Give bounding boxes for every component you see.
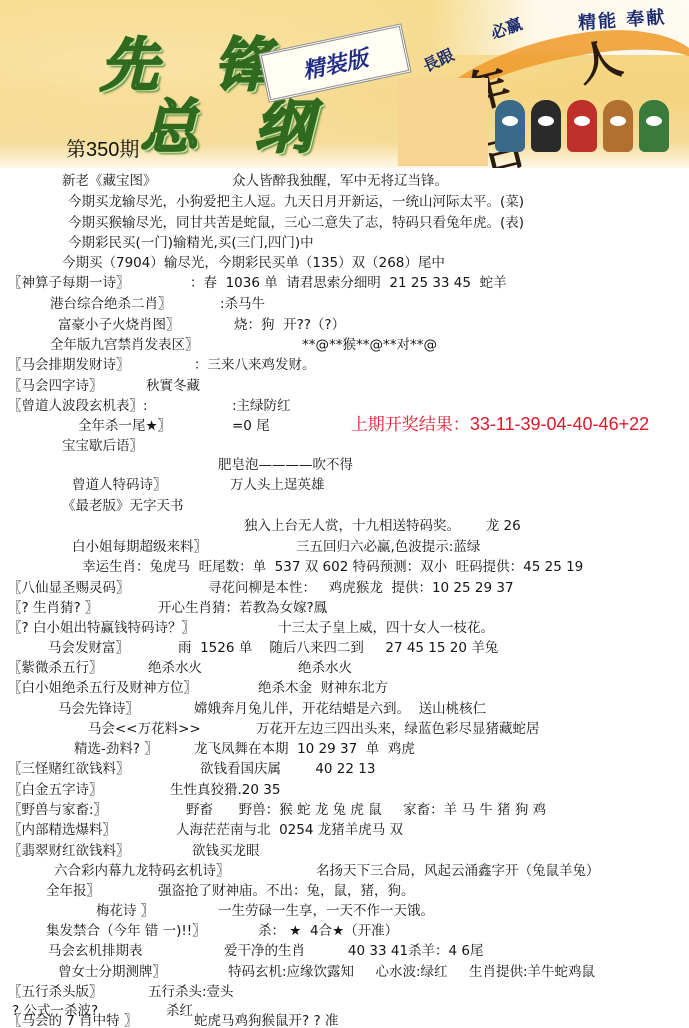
line-title: 〖八仙显圣赐灵码〗 [8,579,130,597]
line-title: 〖白小姐绝杀五行及财神方位〗 [8,679,197,697]
line-content: 杀： ★ 4合★（开准） [258,922,398,940]
line-title: 曾女士分期测牌〗 [58,963,166,981]
line-title: 全年报〗 [46,882,100,900]
line-content: 蛇虎马鸡狗猴鼠开? ? 准 [194,1012,338,1028]
line-title: 今期彩民买(一门)输精光,买(三门,四门)中 [68,234,314,252]
line-title: 〖? 生肖猜? 〗 [8,599,98,617]
line-content: 绝杀木金 财神东北方 [258,679,388,697]
line-title: 新老《藏宝图》 [62,172,157,190]
line-content: 特码玄机:应缘饮露知 心水波:绿红 生肖提供:羊牛蛇鸡鼠 [228,963,595,981]
issue-number: 第350期 [66,133,139,162]
line-content: 雨 1526 单 随后八来四二到 27 45 15 20 羊兔 [178,639,498,657]
mascot-icon [639,100,669,152]
mascot-icon [603,100,633,152]
line-title: 全年杀一尾★〗 [78,417,171,435]
line-content: 众人皆醉我独醒，军中无将辽当锋。 [232,172,448,190]
line-title: 《最老版》无字天书 [62,497,184,515]
line-title: 集发禁合（今年 错 一)!!〗 [46,922,206,940]
line-content: 龙飞凤舞在本期 10 29 37 单 鸡虎 [194,740,415,758]
line-content: 爱干净的生肖 40 33 41杀羊：4 6尾 [224,942,484,960]
line-title: 〖曾道人波段玄机表〗: [8,397,148,415]
line-content: 生性真狡猾.20 35 [170,781,280,799]
line-content: 一生劳碌一生享，一天不作一天饿。 [218,902,434,920]
line-content: 肥皂泡————吹不得 [218,456,353,474]
line-content: 十三太子皇上威，四十女人一枝花。 [278,619,494,637]
line-title: 〖翡翠财红欲钱料〗 [8,842,130,860]
line-title: 〖? 白小姐出特赢钱特码诗？〗 [8,619,195,637]
line-content: 名扬天下三合局，风起云涌鑫字开（兔鼠羊兔） [316,862,600,880]
mascot-icon [567,100,597,152]
line-title: 宝宝歇后语〗 [62,437,143,455]
line-content: 三五回归六必赢,色波提示:蓝绿 [296,538,480,556]
mascot-icon [531,100,561,152]
line-title: 〖神算子每期一诗〗 [8,274,130,292]
line-content: 开心生肖猜：若教為女嫁?鳳 [158,599,327,617]
line-content: 野畜 野兽：猴 蛇 龙 兔 虎 鼠 家畜：羊 马 牛 猪 狗 鸡 [186,801,546,819]
line-title: 〖马会排期发财诗〗 [8,356,130,374]
line-title: 马会发财富〗 [48,639,129,657]
line-title: 今期买猴输尽光，同甘共苦是蛇鼠，三心二意失了志，特码只看兔年虎。(表) [68,214,524,232]
line-content: 独入上台无人赏，十九相送特码奖。 龙 26 [244,517,521,535]
line-title: 〖白金五字诗〗 [8,781,103,799]
mascot-icon [495,100,525,152]
blank-patch [398,78,488,166]
line-content: 万花开左边三四出头来，绿蓝色彩尽显猪藏蛇居 [256,720,540,738]
line-title: 〖三怪赌红欲钱料〗 [8,760,130,778]
line-content: 强盗抢了财神庙。不出：兔，鼠，猪，狗。 [158,882,415,900]
line-title: 梅花诗 〗 [96,902,154,920]
line-content: 烧：狗 开??（?） [234,316,345,334]
line-title: 精选-劲料? 〗 [74,740,158,758]
line-content: 寻花问柳是本性： 鸡虎猴龙 提供：10 25 29 37 [208,579,514,597]
line-content: **@**猴**@**对**@ [302,336,437,354]
header-banner: 年 人 古 精能 奉献 必赢 長跟 先 锋 总 纲 精装版 第350期 [0,0,689,168]
line-title: 今期买龙输尽光，小狗爱把主人逗。九天日月开新运，一统山河际太平。(菜) [68,193,524,211]
line-content: :杀马牛 [220,295,265,313]
line-content: 杀红 [166,1002,193,1020]
line-title: 〖马会的 7 肖中特 〗 [8,1012,137,1028]
line-title: 〖野兽与家畜:〗 [8,801,107,819]
line-title: 马会先锋诗〗 [58,700,139,718]
line-title: 全年版九宫禁肖发表区〗 [50,336,199,354]
line-title: 今期买（7904）输尽光，今期彩民买单（135）双（268）尾中 [62,254,445,272]
line-content: ：春 1036 单 请君思索分细明 21 25 33 45 蛇羊 [190,274,507,292]
line-title: 曾道人特码诗〗 [72,476,167,494]
line-title: 〖五行杀头版〗 [8,983,103,1001]
line-content: =0 尾 [232,417,270,435]
line-title: 马会<<万花料>> [88,720,201,738]
line-content: 秋實冬藏 [146,377,200,395]
latest-result-numbers: 33-11-39-04-40-46+22 [470,414,649,434]
line-title: 〖马会四字诗〗 [8,377,103,395]
line-content: 欲钱看国庆属 40 22 13 [200,760,375,778]
line-title: 富豪小子火烧肖图〗 [58,316,180,334]
line-content: 万人头上逞英雄 [230,476,325,494]
line-content: 人海茫茫南与北 0254 龙猪羊虎马 双 [176,821,403,839]
line-content: 五行杀头:壹头 [148,983,234,1001]
line-content: 绝杀水火 [298,659,352,677]
line-title: 白小姐每期超级来料〗 [72,538,207,556]
mascot-group [495,100,669,152]
line-title: 六合彩内幕九龙特码玄机诗〗 [54,862,230,880]
line-title: 马会玄机排期表 [48,942,143,960]
latest-result-label: 上期开奖结果： [351,415,470,435]
line-content: :主绿防红 [232,397,291,415]
line-title: 幸运生肖：兔虎马 旺尾数：单 537 双 602 特码预测：双小 旺码提供：45… [82,558,583,576]
line-content: 嫦娥奔月兔儿伴，开花结蜡是六到。 送山桃核仁 [194,700,486,718]
line-content: 欲钱买龙眼 [192,842,260,860]
latest-result: 上期开奖结果：33-11-39-04-40-46+22 [340,390,649,435]
line-title: 〖内部精选爆料〗 [8,821,116,839]
line-content: ：三来八来鸡发财。 [194,356,316,374]
line-content: 绝杀水火 [148,659,202,677]
line-title: 港台综合绝杀二肖〗 [50,295,172,313]
line-title: 〖紫微杀五行〗 [8,659,103,677]
